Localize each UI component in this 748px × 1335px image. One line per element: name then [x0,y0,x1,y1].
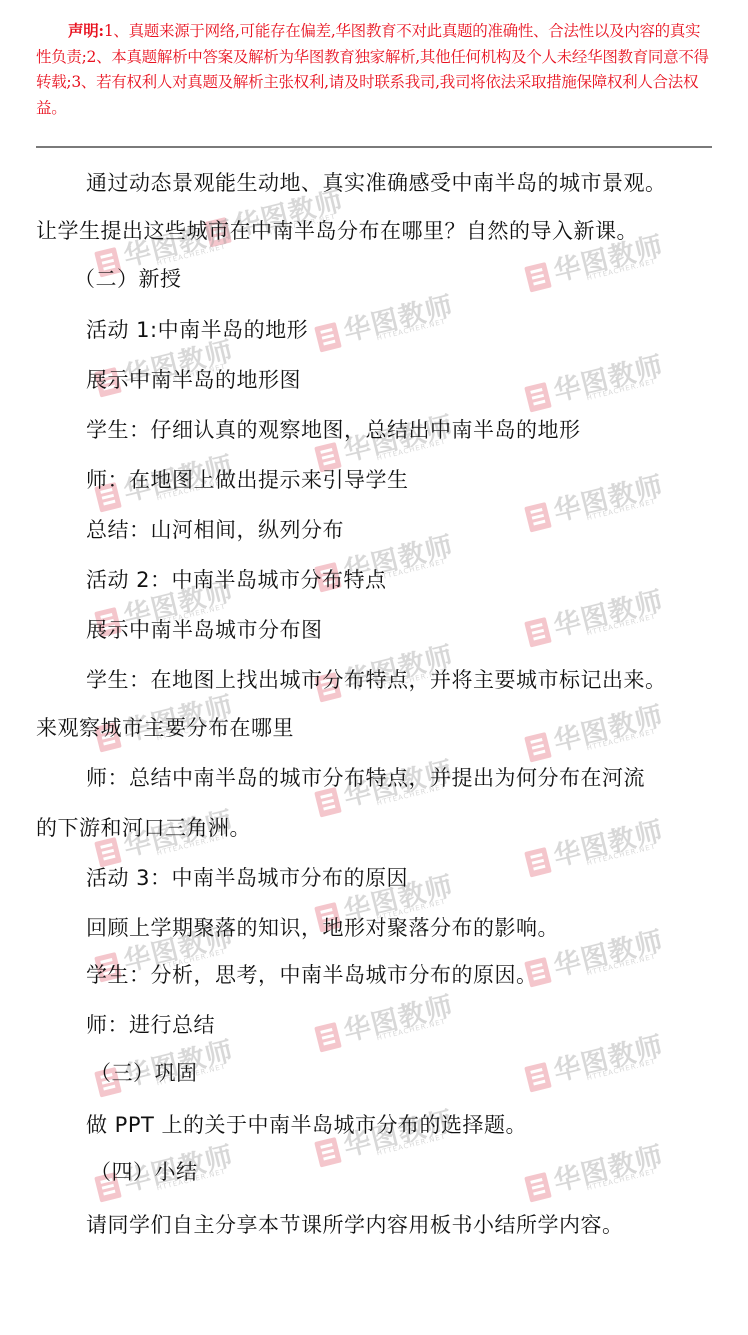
watermark-logo-icon [524,1062,552,1093]
watermark-text: 华图教师 [549,344,667,409]
body-line: 让学生提出这些城市在中南半岛分布在哪里？自然的导入新课。 [36,216,638,246]
body-line: 回顾上学期聚落的知识，地形对聚落分布的影响。 [86,913,559,943]
body-line: 师：总结中南半岛的城市分布特点，并提出为何分布在河流 [86,763,645,793]
watermark-sub: HTTEACHER.NET [586,1057,657,1082]
watermark-logo-icon [524,732,552,763]
body-line: 来观察城市主要分布在哪里 [36,713,294,743]
body-line: 师：进行总结 [86,1010,215,1040]
body-line: 师：在地图上做出提示来引导学生 [86,465,409,495]
watermark-sub: HTTEACHER.NET [586,727,657,752]
watermark-sub: HTTEACHER.NET [586,377,657,402]
body-line: 做 PPT 上的关于中南半岛城市分布的选择题。 [86,1110,527,1140]
watermark-text: 华图教师 [549,694,667,759]
notice-text: 1、真题来源于网络,可能存在偏差,华图教育不对此真题的准确性、合法性以及内容的真… [36,22,709,117]
section-heading: （三）巩固 [90,1058,198,1088]
activity-heading: 活动 1:中南半岛的地形 [86,315,308,345]
watermark: 华图教师HTTEACHER.NET [312,984,458,1061]
watermark-text: 华图教师 [339,284,457,349]
watermark-logo-icon [524,262,552,293]
watermark: 华图教师HTTEACHER.NET [522,809,668,886]
body-line: 请同学们自主分享本节课所学内容用板书小结所学内容。 [86,1210,624,1240]
activity-heading: 活动 3：中南半岛城市分布的原因 [86,863,408,893]
watermark: 华图教师HTTEACHER.NET [522,464,668,541]
watermark-sub: HTTEACHER.NET [586,842,657,867]
body-line: 展示中南半岛城市分布图 [86,615,323,645]
body-line: 学生：仔细认真的观察地图，总结出中南半岛的地形 [86,415,581,445]
watermark-text: 华图教师 [549,809,667,874]
watermark-logo-icon [524,847,552,878]
section-heading: （四）小结 [90,1157,198,1187]
watermark-text: 华图教师 [549,464,667,529]
watermark-text: 华图教师 [549,919,667,984]
watermark-sub: HTTEACHER.NET [586,612,657,637]
watermark: 华图教师HTTEACHER.NET [522,1024,668,1101]
body-line: 学生：在地图上找出城市分布特点，并将主要城市标记出来。 [86,665,667,695]
watermark-logo-icon [524,502,552,533]
watermark: 华图教师HTTEACHER.NET [522,579,668,656]
watermark-sub: HTTEACHER.NET [586,497,657,522]
watermark-logo-icon [524,617,552,648]
section-heading: （二）新授 [74,264,182,294]
body-line: 总结：山河相间，纵列分布 [86,515,344,545]
body-line: 学生：分析，思考，中南半岛城市分布的原因。 [86,960,538,990]
body-line: 展示中南半岛的地形图 [86,365,301,395]
copyright-notice: 声明:1、真题来源于网络,可能存在偏差,华图教育不对此真题的准确性、合法性以及内… [36,18,712,121]
watermark-sub: HTTEACHER.NET [376,1017,447,1042]
watermark-logo-icon [314,1022,342,1053]
watermark-sub: HTTEACHER.NET [586,257,657,282]
watermark-text: 华图教师 [339,984,457,1049]
watermark: 华图教师HTTEACHER.NET [522,1134,668,1211]
header-divider [36,146,712,148]
watermark-sub: HTTEACHER.NET [586,952,657,977]
watermark: 华图教师HTTEACHER.NET [312,284,458,361]
watermark-logo-icon [524,1172,552,1203]
watermark-logo-icon [314,322,342,353]
notice-lead: 声明: [68,21,104,40]
watermark-logo-icon [314,1137,342,1168]
body-line: 通过动态景观能生动地、真实准确感受中南半岛的城市景观。 [86,168,667,198]
watermark-text: 华图教师 [549,579,667,644]
body-line: 的下游和河口三角洲。 [36,813,251,843]
watermark-sub: HTTEACHER.NET [376,317,447,342]
watermark-sub: HTTEACHER.NET [586,1167,657,1192]
watermark: 华图教师HTTEACHER.NET [522,694,668,771]
activity-heading: 活动 2：中南半岛城市分布特点 [86,565,387,595]
watermark-logo-icon [524,382,552,413]
watermark-text: 华图教师 [549,1134,667,1199]
watermark-text: 华图教师 [549,1024,667,1089]
watermark: 华图教师HTTEACHER.NET [522,344,668,421]
